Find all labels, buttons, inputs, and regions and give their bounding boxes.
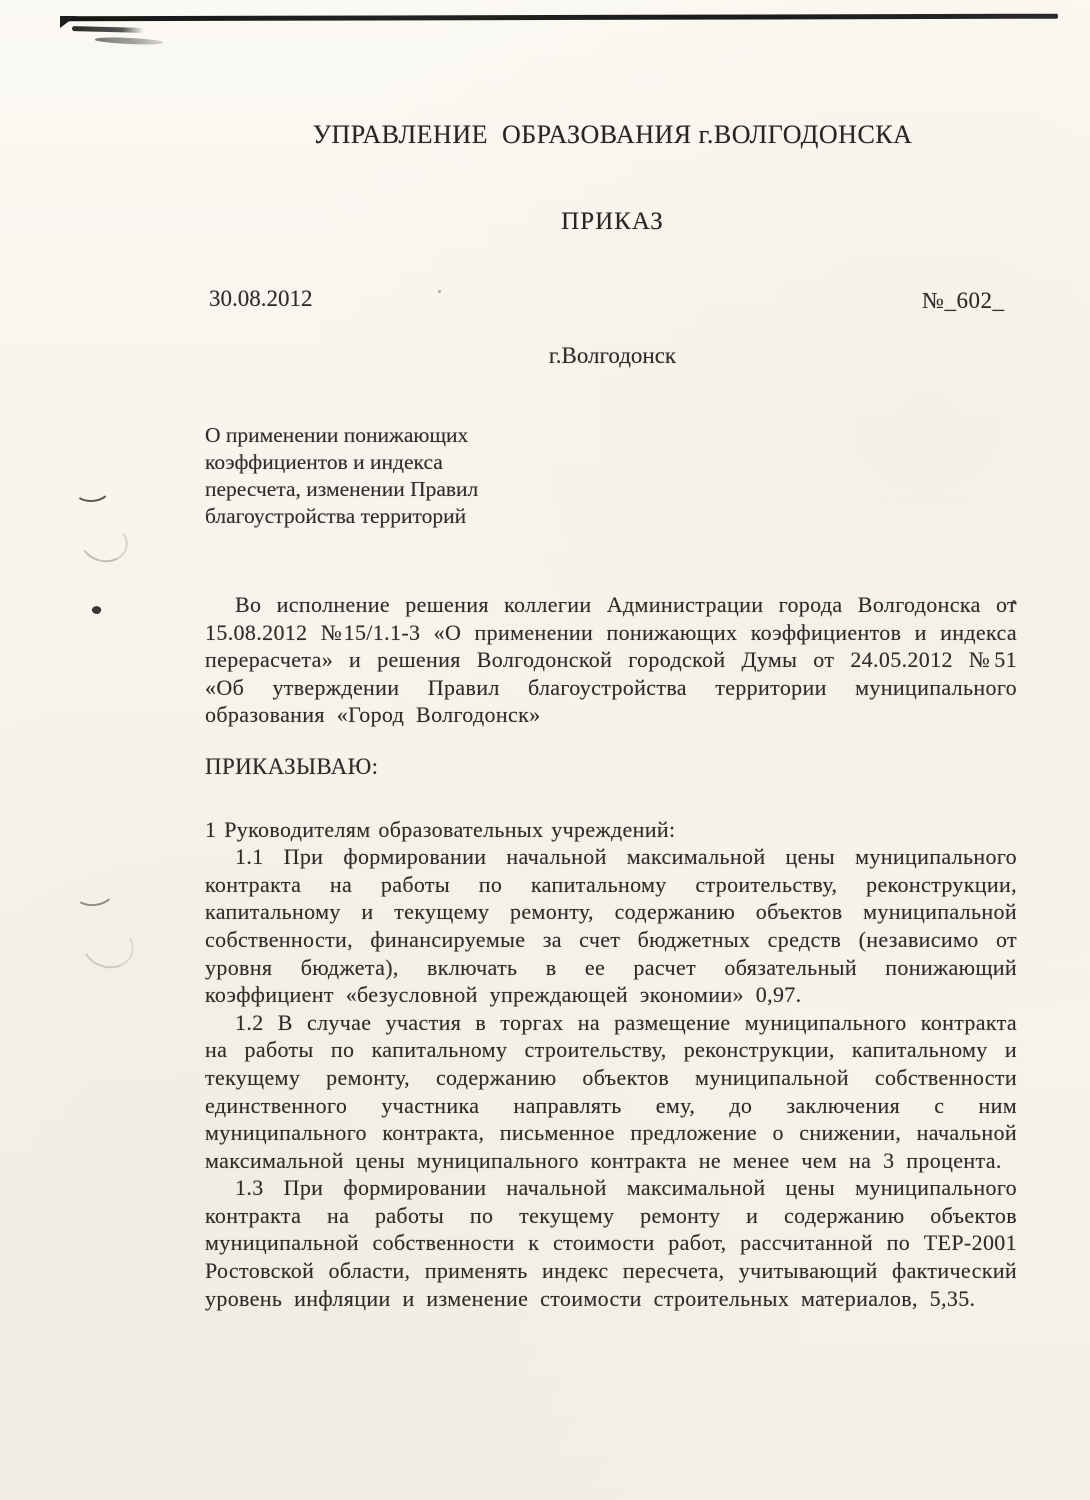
margin-mark-artifact <box>73 477 111 503</box>
document-header-title: УПРАВЛЕНИЕ ОБРАЗОВАНИЯ г.ВОЛГОДОНСКА <box>205 120 1020 150</box>
document-city: г.Волгодонск <box>205 343 1020 369</box>
scan-squiggle-artifact <box>95 36 163 46</box>
paper-speck-artifact <box>438 290 441 293</box>
order-item-1-1: 1.1 При формировании начальной максималь… <box>205 843 1017 1009</box>
preamble-paragraph: Во исполнение решения коллегии Администр… <box>205 591 1017 729</box>
document-type-heading: ПРИКАЗ <box>205 208 1020 236</box>
scanned-document-page: УПРАВЛЕНИЕ ОБРАЗОВАНИЯ г.ВОЛГОДОНСКА ПРИ… <box>0 0 1090 1500</box>
document-number: №_602_ <box>922 288 1004 314</box>
margin-dot-artifact <box>91 604 103 615</box>
margin-mark-artifact <box>76 917 139 975</box>
order-item-1: 1 Руководителям образовательных учрежден… <box>205 816 1017 844</box>
document-date: 30.08.2012 <box>209 286 313 312</box>
margin-mark-artifact <box>76 517 132 567</box>
scan-streak-artifact <box>72 26 144 33</box>
document-body: Во исполнение решения коллегии Администр… <box>205 591 1017 1312</box>
order-word: ПРИКАЗЫВАЮ: <box>205 753 1017 781</box>
document-subject: О применении понижающих коэффициентов и … <box>205 422 565 530</box>
order-item-1-3: 1.3 При формировании начальной максималь… <box>205 1174 1017 1312</box>
order-item-1-2: 1.2 В случае участия в торгах на размеще… <box>205 1009 1017 1175</box>
margin-mark-artifact <box>73 878 115 908</box>
scan-edge-line-artifact <box>62 14 1058 22</box>
